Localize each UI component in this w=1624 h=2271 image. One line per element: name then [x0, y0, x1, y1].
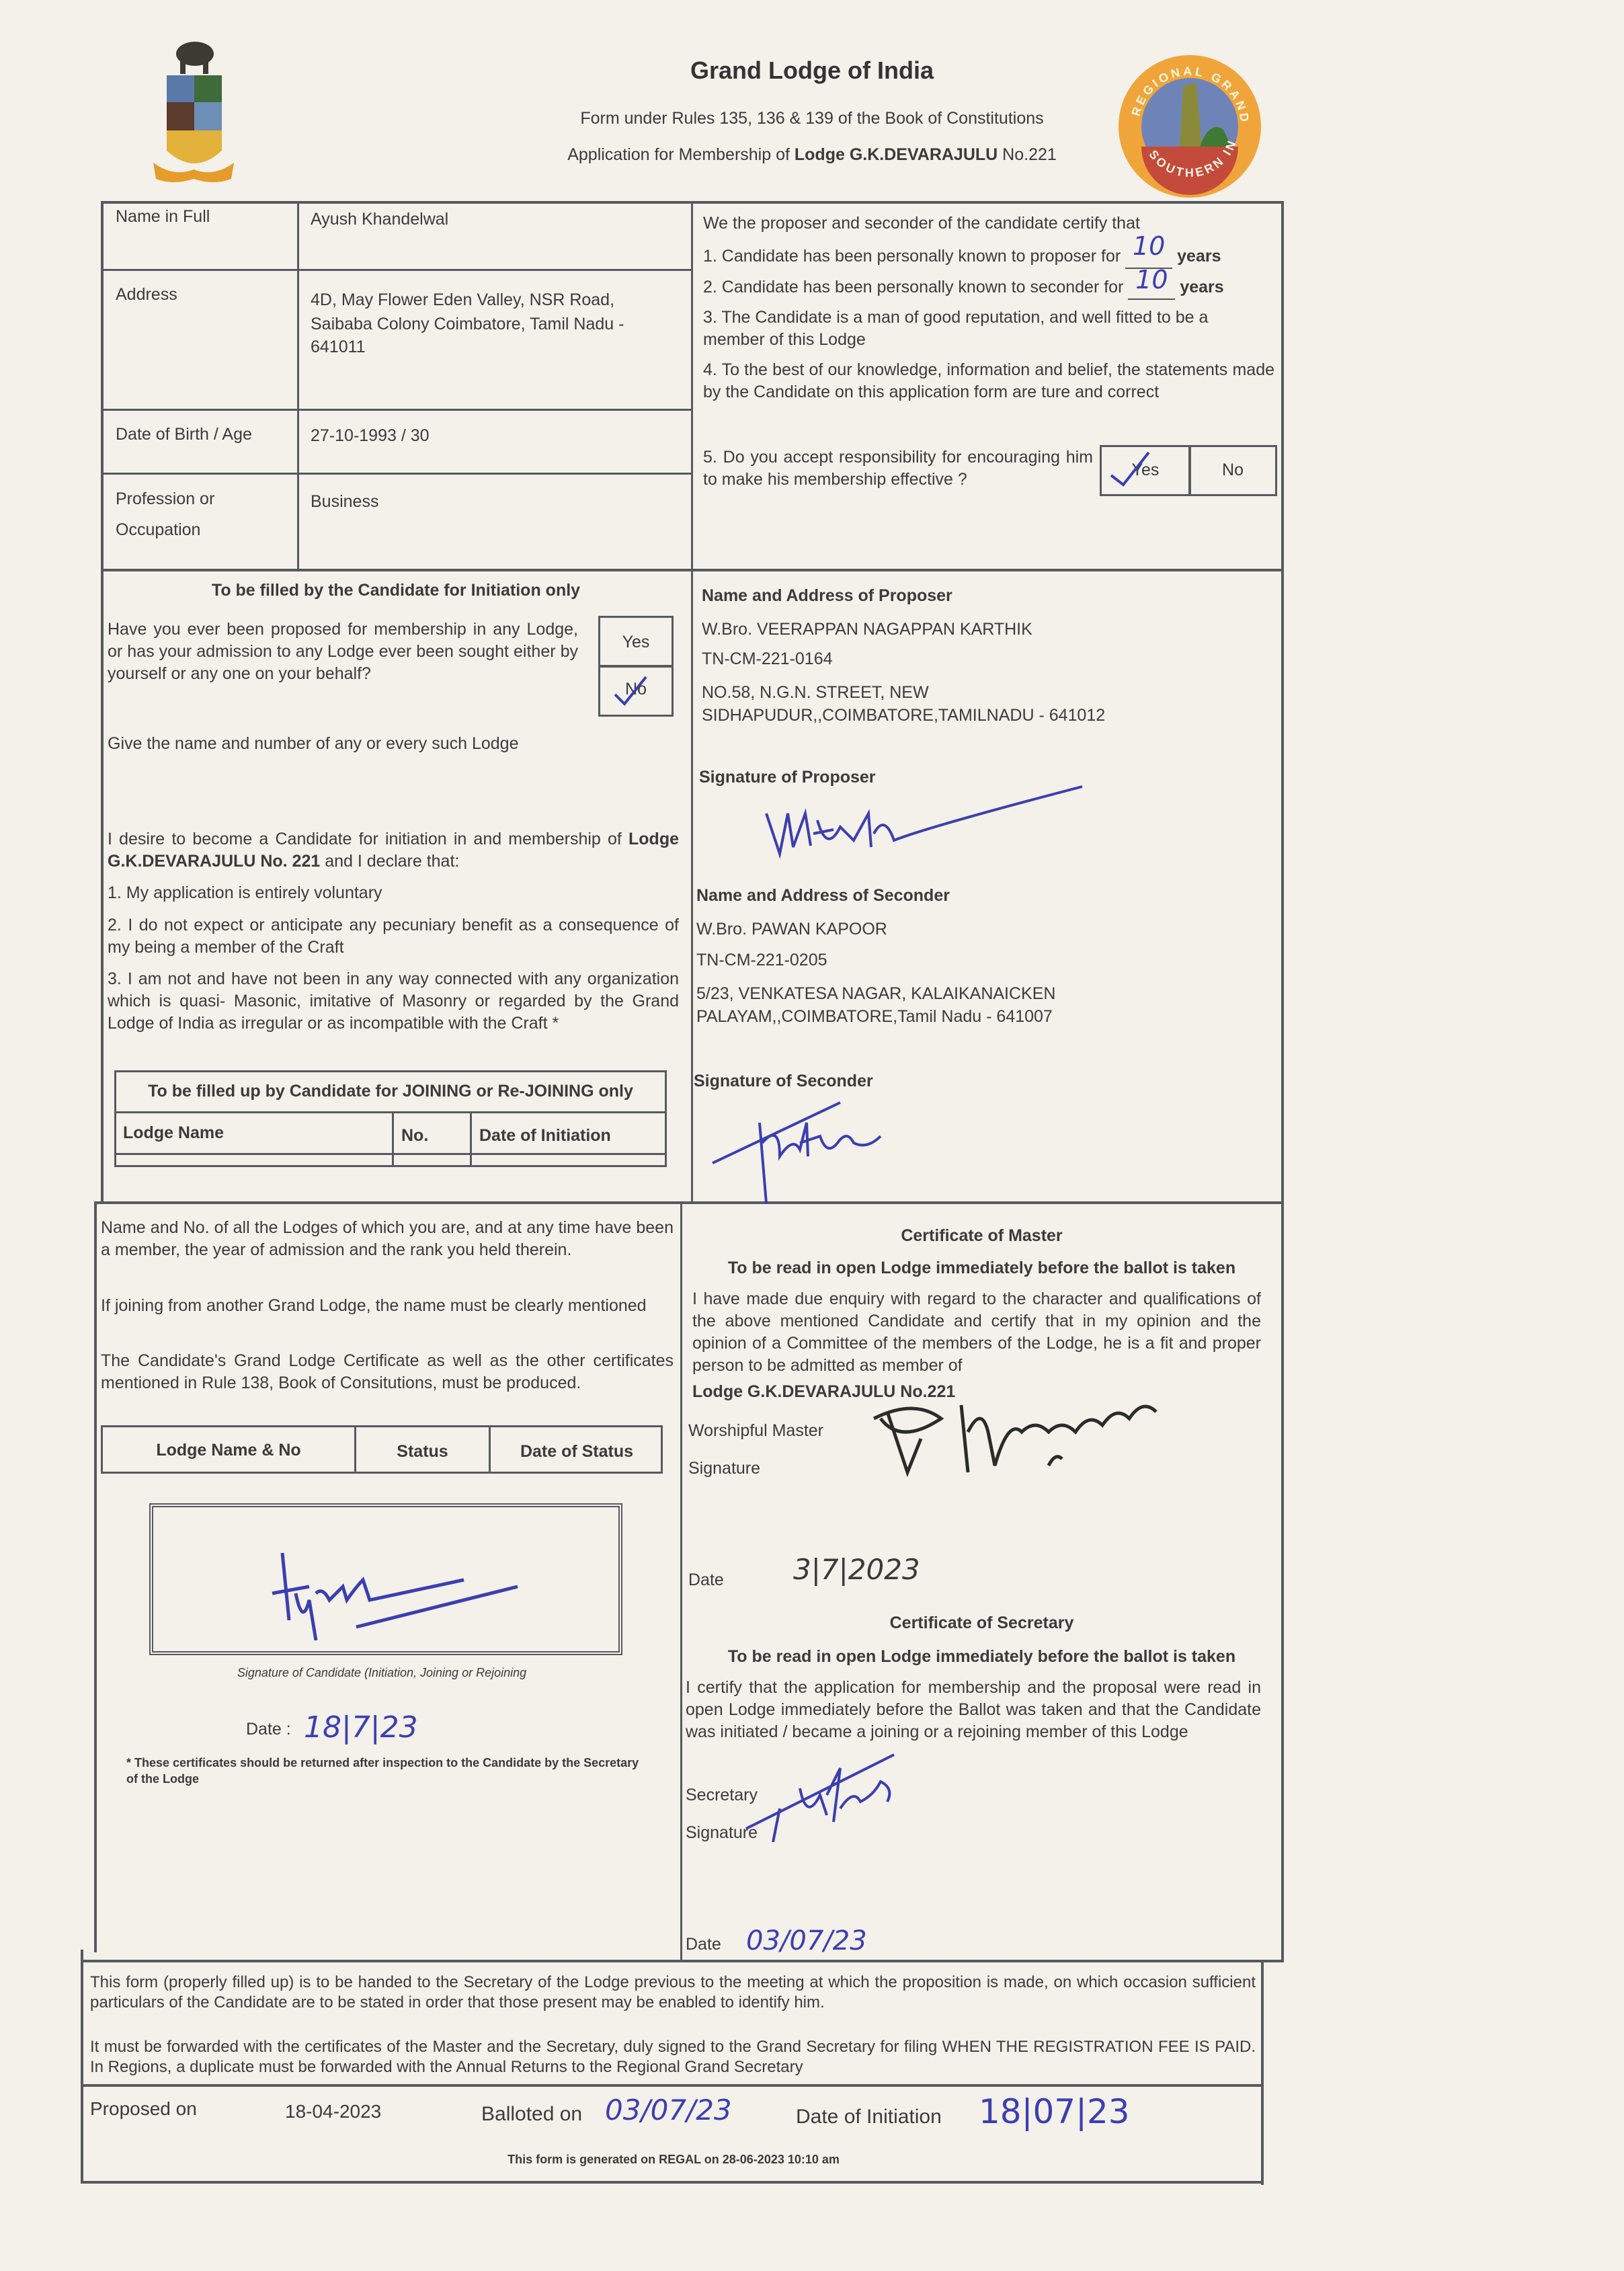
- seconder-heading: Name and Address of Seconder: [696, 885, 950, 907]
- cand-row-1: [101, 269, 691, 271]
- section-divider-2: [94, 1201, 1284, 1204]
- seconder-address-2: PALAYAM,,COIMBATORE,Tamil Nadu - 641007: [696, 1006, 1053, 1028]
- section-divider-1: [101, 569, 1284, 571]
- profession-label-2: Occupation: [116, 519, 200, 541]
- proposer-heading: Name and Address of Proposer: [702, 585, 952, 607]
- joining-table-rule: [116, 1153, 665, 1155]
- frame-bottom: [81, 2181, 1264, 2184]
- instructions-para-1: This form (properly filled up) is to be …: [90, 1973, 1256, 2013]
- secretary-signature: [739, 1748, 941, 1842]
- desire-statement: I desire to become a Candidate for initi…: [108, 828, 679, 873]
- joining-col-date: Date of Initiation: [479, 1125, 611, 1147]
- initiation-date-label: Date of Initiation: [796, 2106, 942, 2128]
- profession-value: Business: [311, 491, 378, 513]
- candidate-signature-caption: Signature of Candidate (Initiation, Join…: [101, 1665, 663, 1681]
- dob-value: 27-10-1993 / 30: [311, 425, 430, 447]
- regional-grand-lodge-seal-icon: REGIONAL GRAND LODGE SOUTHERN INDIA: [1116, 52, 1264, 200]
- proposed-on-value: 18-04-2023: [285, 2100, 381, 2122]
- master-date-value: 3|7|2023: [793, 1553, 920, 1586]
- certify-item-4: 4. To the best of our knowledge, informa…: [703, 359, 1274, 403]
- lodges-instruction-3: The Candidate's Grand Lodge Certificate …: [101, 1350, 674, 1394]
- application-prefix: Application for Membership of: [567, 145, 795, 164]
- proposer-name: W.Bro. VEERAPPAN NAGAPPAN KARTHIK: [702, 619, 1032, 641]
- lodges-col-status: Status: [356, 1441, 489, 1463]
- certify-item-1-text: 1. Candidate has been personally known t…: [703, 247, 1121, 266]
- lodges-instruction-2: If joining from another Grand Lodge, the…: [101, 1295, 674, 1317]
- responsibility-yes-checkbox[interactable]: Yes: [1100, 445, 1191, 496]
- seconder-years-value: 10: [1135, 265, 1168, 294]
- application-lodge-no: No.221: [998, 145, 1057, 164]
- certify-item-1: 1. Candidate has been personally known t…: [703, 242, 1274, 269]
- dob-label: Date of Birth / Age: [116, 424, 252, 446]
- initiation-heading: To be filled by the Candidate for Initia…: [101, 580, 691, 602]
- certificates-footnote: * These certificates should be returned …: [126, 1755, 651, 1787]
- seconder-id: TN-CM-221-0205: [696, 949, 827, 971]
- proposer-signature: [753, 773, 1102, 861]
- joining-col-no: No.: [401, 1125, 428, 1147]
- generated-note: This form is generated on REGAL on 28-06…: [83, 2151, 1264, 2167]
- proposer-years-value: 10: [1133, 231, 1165, 261]
- seconder-signature-label: Signature of Seconder: [694, 1070, 873, 1092]
- center-divider-lower: [680, 1203, 682, 1962]
- application-subtitle: Application for Membership of Lodge G.K.…: [0, 145, 1624, 165]
- prior-proposal-yes-label: Yes: [600, 633, 672, 652]
- declaration-2: 2. I do not expect or anticipate any pec…: [108, 914, 679, 959]
- joining-col-lodge-name: Lodge Name: [123, 1122, 224, 1144]
- declaration-1: 1. My application is entirely voluntary: [108, 882, 679, 904]
- desire-prefix: I desire to become a Candidate for initi…: [108, 830, 628, 848]
- secretary-date-label: Date: [686, 1934, 721, 1956]
- profession-label-1: Profession or: [116, 488, 214, 510]
- address-label: Address: [116, 284, 177, 306]
- joining-table-col: [470, 1111, 472, 1165]
- worshipful-master-label: Worshipful Master: [688, 1420, 823, 1442]
- checkmark-icon: [1106, 448, 1160, 489]
- name-label: Name in Full: [116, 206, 210, 228]
- balloted-on-value: 03/07/23: [605, 2094, 732, 2126]
- declaration-3: 3. I am not and have not been in any way…: [108, 968, 679, 1035]
- application-lodge: Lodge G.K.DEVARAJULU: [795, 145, 998, 164]
- section-divider-3: [83, 1960, 1284, 1962]
- proposer-id: TN-CM-221-0164: [702, 648, 833, 670]
- certify-item-5: 5. Do you accept responsibility for enco…: [703, 446, 1093, 491]
- certify-item-2-text: 2. Candidate has been personally known t…: [703, 278, 1123, 296]
- years-label-2: years: [1180, 278, 1223, 296]
- joining-table: To be filled up by Candidate for JOINING…: [114, 1070, 667, 1167]
- master-signature: [860, 1392, 1250, 1479]
- give-lodge-name-prompt: Give the name and number of any or every…: [108, 733, 518, 755]
- center-divider-upper: [691, 201, 693, 1203]
- lodges-table: Lodge Name & No Status Date of Status: [101, 1425, 663, 1474]
- prior-proposal-yes-checkbox[interactable]: Yes: [598, 616, 674, 667]
- frame-left-upper: [101, 201, 104, 1203]
- frame-left: [81, 1950, 83, 2182]
- seconder-signature: [706, 1096, 928, 1203]
- name-value: Ayush Khandelwal: [311, 208, 448, 231]
- master-signature-label: Signature: [688, 1458, 760, 1480]
- secretary-cert-title: Certificate of Secretary: [682, 1612, 1281, 1634]
- candidate-signature: [195, 1540, 598, 1640]
- joining-table-rule: [116, 1111, 665, 1113]
- desire-suffix: and I declare that:: [320, 852, 459, 871]
- instructions-para-2: It must be forwarded with the certificat…: [90, 2037, 1256, 2077]
- seconder-address-1: 5/23, VENKATESA NAGAR, KALAIKANAICKEN: [696, 983, 1055, 1005]
- address-line-1: 4D, May Flower Eden Valley, NSR Road,: [311, 289, 614, 311]
- years-label-1: years: [1177, 247, 1221, 266]
- initiation-question: Have you ever been proposed for membersh…: [108, 619, 578, 685]
- checkmark-icon: [607, 670, 661, 711]
- section-divider-4: [83, 2084, 1264, 2087]
- address-line-2: Saibaba Colony Coimbatore, Tamil Nadu -: [311, 313, 624, 335]
- secretary-cert-body: I certify that the application for membe…: [686, 1677, 1261, 1743]
- cand-row-2: [101, 409, 691, 411]
- frame-right: [1281, 201, 1284, 1962]
- lodges-instruction-1: Name and No. of all the Lodges of which …: [101, 1217, 674, 1261]
- seconder-name: W.Bro. PAWAN KAPOOR: [696, 918, 887, 941]
- proposed-on-label: Proposed on: [90, 2098, 197, 2120]
- proposer-address-2: SIDHAPUDUR,,COIMBATORE,TAMILNADU - 64101…: [702, 705, 1105, 727]
- prior-proposal-no-checkbox[interactable]: No: [598, 666, 674, 717]
- lodges-col-date: Date of Status: [491, 1441, 663, 1463]
- balloted-on-label: Balloted on: [481, 2103, 582, 2125]
- lodges-col-name: Lodge Name & No: [103, 1439, 354, 1462]
- cand-row-3: [101, 473, 691, 475]
- master-date-label: Date: [688, 1569, 724, 1591]
- secretary-date-value: 03/07/23: [746, 1925, 867, 1956]
- initiation-date-value: 18|07|23: [979, 2092, 1130, 2131]
- frame-left-middle: [94, 1203, 97, 1952]
- certify-intro: We the proposer and seconder of the cand…: [703, 212, 1140, 235]
- joining-table-heading: To be filled up by Candidate for JOINING…: [116, 1080, 665, 1103]
- certify-item-3: 3. The Candidate is a man of good reputa…: [703, 307, 1274, 351]
- cand-table-col: [297, 201, 299, 569]
- certify-item-2: 2. Candidate has been personally known t…: [703, 273, 1274, 300]
- candidate-date-label: Date :: [246, 1718, 291, 1741]
- form-rules-subtitle: Form under Rules 135, 136 & 139 of the B…: [0, 109, 1624, 128]
- secretary-cert-subtitle: To be read in open Lodge immediately bef…: [682, 1646, 1281, 1668]
- document-title: Grand Lodge of India: [0, 56, 1624, 85]
- joining-table-col: [392, 1111, 394, 1165]
- responsibility-no-label: No: [1190, 461, 1275, 480]
- responsibility-no-checkbox[interactable]: No: [1188, 445, 1277, 496]
- address-line-3: 641011: [311, 336, 366, 358]
- candidate-date-value: 18|7|23: [304, 1710, 418, 1745]
- proposer-address-1: NO.58, N.G.N. STREET, NEW: [702, 682, 929, 704]
- seconder-years-field[interactable]: 10: [1128, 273, 1175, 300]
- master-cert-subtitle: To be read in open Lodge immediately bef…: [682, 1257, 1281, 1279]
- master-cert-title: Certificate of Master: [682, 1225, 1281, 1247]
- master-cert-body: I have made due enquiry with regard to t…: [692, 1288, 1261, 1377]
